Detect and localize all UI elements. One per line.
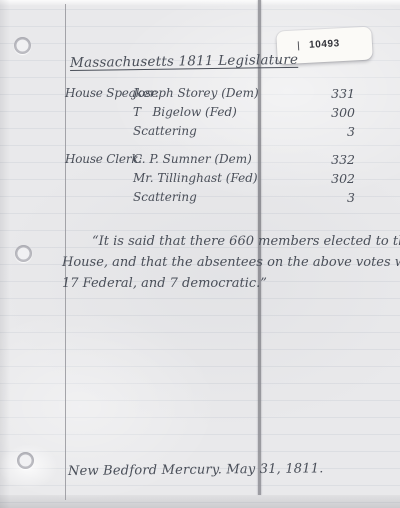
- vote-row: House Speaker: Joseph Storey (Dem) 331: [65, 84, 355, 103]
- note-line: House, and that the absentees on the abo…: [62, 252, 392, 273]
- house-speaker-section: House Speaker: Joseph Storey (Dem) 331 T…: [65, 84, 355, 141]
- note-line: 17 Federal, and 7 democratic.”: [62, 273, 392, 294]
- vote-row: Scattering 3: [65, 122, 355, 141]
- catalog-number: 10493: [277, 37, 372, 53]
- candidate-name: Scattering: [133, 190, 197, 204]
- vote-row: House Clerk: C. P. Sumner (Dem) 332: [65, 150, 355, 169]
- candidate-name: Scattering: [133, 124, 197, 138]
- scanned-document-page: 10493 Massachusetts 1811 Legislature Hou…: [0, 0, 400, 508]
- vote-count: 332: [303, 152, 355, 167]
- note-paragraph: “It is said that there 660 members elect…: [62, 231, 392, 294]
- scan-top-edge: [0, 0, 400, 6]
- candidate-name: C. P. Sumner (Dem): [133, 152, 252, 166]
- vote-row: T Bigelow (Fed) 300: [65, 103, 355, 122]
- hole-punch-middle: [15, 245, 32, 262]
- candidate-name: Mr. Tillinghast (Fed): [133, 171, 258, 185]
- vote-row: Scattering 3: [65, 188, 355, 207]
- document-heading: Massachusetts 1811 Legislature: [70, 52, 298, 71]
- hole-punch-bottom: [17, 452, 34, 469]
- candidate-name: T Bigelow (Fed): [133, 105, 237, 119]
- hole-punch-top: [14, 37, 31, 54]
- candidate-name: Joseph Storey (Dem): [133, 86, 259, 100]
- vote-count: 300: [303, 105, 355, 120]
- house-clerk-section: House Clerk: C. P. Sumner (Dem) 332 Mr. …: [65, 150, 355, 207]
- note-line: “It is said that there 660 members elect…: [62, 231, 392, 252]
- source-citation: New Bedford Mercury. May 31, 1811.: [68, 461, 324, 479]
- vote-count: 331: [303, 86, 355, 101]
- vote-count: 3: [303, 124, 355, 139]
- section-label: House Clerk:: [65, 152, 142, 166]
- vote-row: Mr. Tillinghast (Fed) 302: [65, 169, 355, 188]
- vote-count: 302: [303, 171, 355, 186]
- vote-count: 3: [303, 190, 355, 205]
